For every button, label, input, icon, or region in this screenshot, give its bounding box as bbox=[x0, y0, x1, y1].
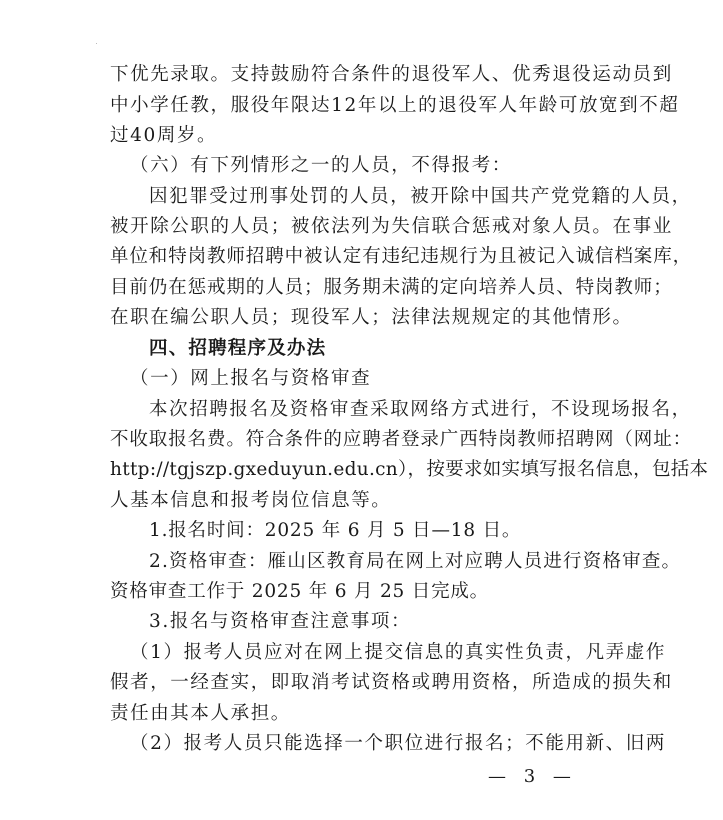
list-item-notes: 3.报名与资格审查注意事项： bbox=[149, 611, 411, 633]
section-heading: 四、招聘程序及办法 bbox=[149, 338, 326, 360]
body-text-line: 人基本信息和报考岗位信息等。 bbox=[110, 490, 391, 512]
page-number: — 3 — bbox=[488, 766, 577, 787]
sub-item-1: （1）报考人员应对在网上提交信息的真实性负责，凡弄虚作 bbox=[130, 642, 666, 664]
list-item-qualification-review: 2.资格审查：雁山区教育局在网上对应聘人员进行资格审查。 bbox=[149, 551, 681, 573]
body-text-line-url: http://tgjszp.gxeduyun.edu.cn），按要求如实填写报名… bbox=[110, 459, 708, 481]
body-text-line: 不收取报名费。符合条件的应聘者登录广西特岗教师招聘网（网址： bbox=[110, 429, 692, 451]
body-text-line: 在职在编公职人员；现役军人；法律法规规定的其他情形。 bbox=[110, 307, 633, 329]
body-text-line: 目前仍在惩戒期的人员；服务期未满的定向培养人员、特岗教师； bbox=[110, 277, 673, 299]
document-page: 下优先录取。支持鼓励符合条件的退役军人、优秀退役运动员到 中小学任教，服役年限达… bbox=[0, 0, 723, 820]
sub-item-2: （2）报考人员只能选择一个职位进行报名；不能用新、旧两 bbox=[130, 733, 666, 755]
list-item-registration-time: 1.报名时间：2025 年 6 月 5 日—18 日。 bbox=[149, 520, 521, 542]
body-text-line: 被开除公职的人员；被依法列为失信联合惩戒对象人员。在事业 bbox=[110, 216, 673, 238]
body-text-line: 过40周岁。 bbox=[110, 125, 217, 147]
subsection-heading: （一）网上报名与资格审查 bbox=[130, 368, 371, 390]
body-text-line: 本次招聘报名及资格审查采取网络方式进行，不设现场报名， bbox=[149, 399, 692, 421]
body-text-line: 下优先录取。支持鼓励符合条件的退役军人、优秀退役运动员到 bbox=[110, 64, 673, 86]
body-text-line: 因犯罪受过刑事处罚的人员，被开除中国共产党党籍的人员， bbox=[149, 186, 692, 208]
body-text-line: 资格审查工作于 2025 年 6 月 25 日完成。 bbox=[110, 581, 489, 603]
subsection-heading: （六）有下列情形之一的人员，不得报考： bbox=[130, 155, 512, 177]
body-text-line: 单位和特岗教师招聘中被认定有违纪违规行为且被记入诚信档案库， bbox=[110, 246, 692, 268]
body-text-line: 中小学任教，服役年限达12年以上的退役军人年龄可放宽到不超 bbox=[110, 95, 679, 117]
body-text-line: 责任由其本人承担。 bbox=[110, 703, 291, 725]
body-text-line: 假者，一经查实，即取消考试资格或聘用资格，所造成的损失和 bbox=[110, 672, 673, 694]
scan-speck bbox=[96, 43, 97, 44]
